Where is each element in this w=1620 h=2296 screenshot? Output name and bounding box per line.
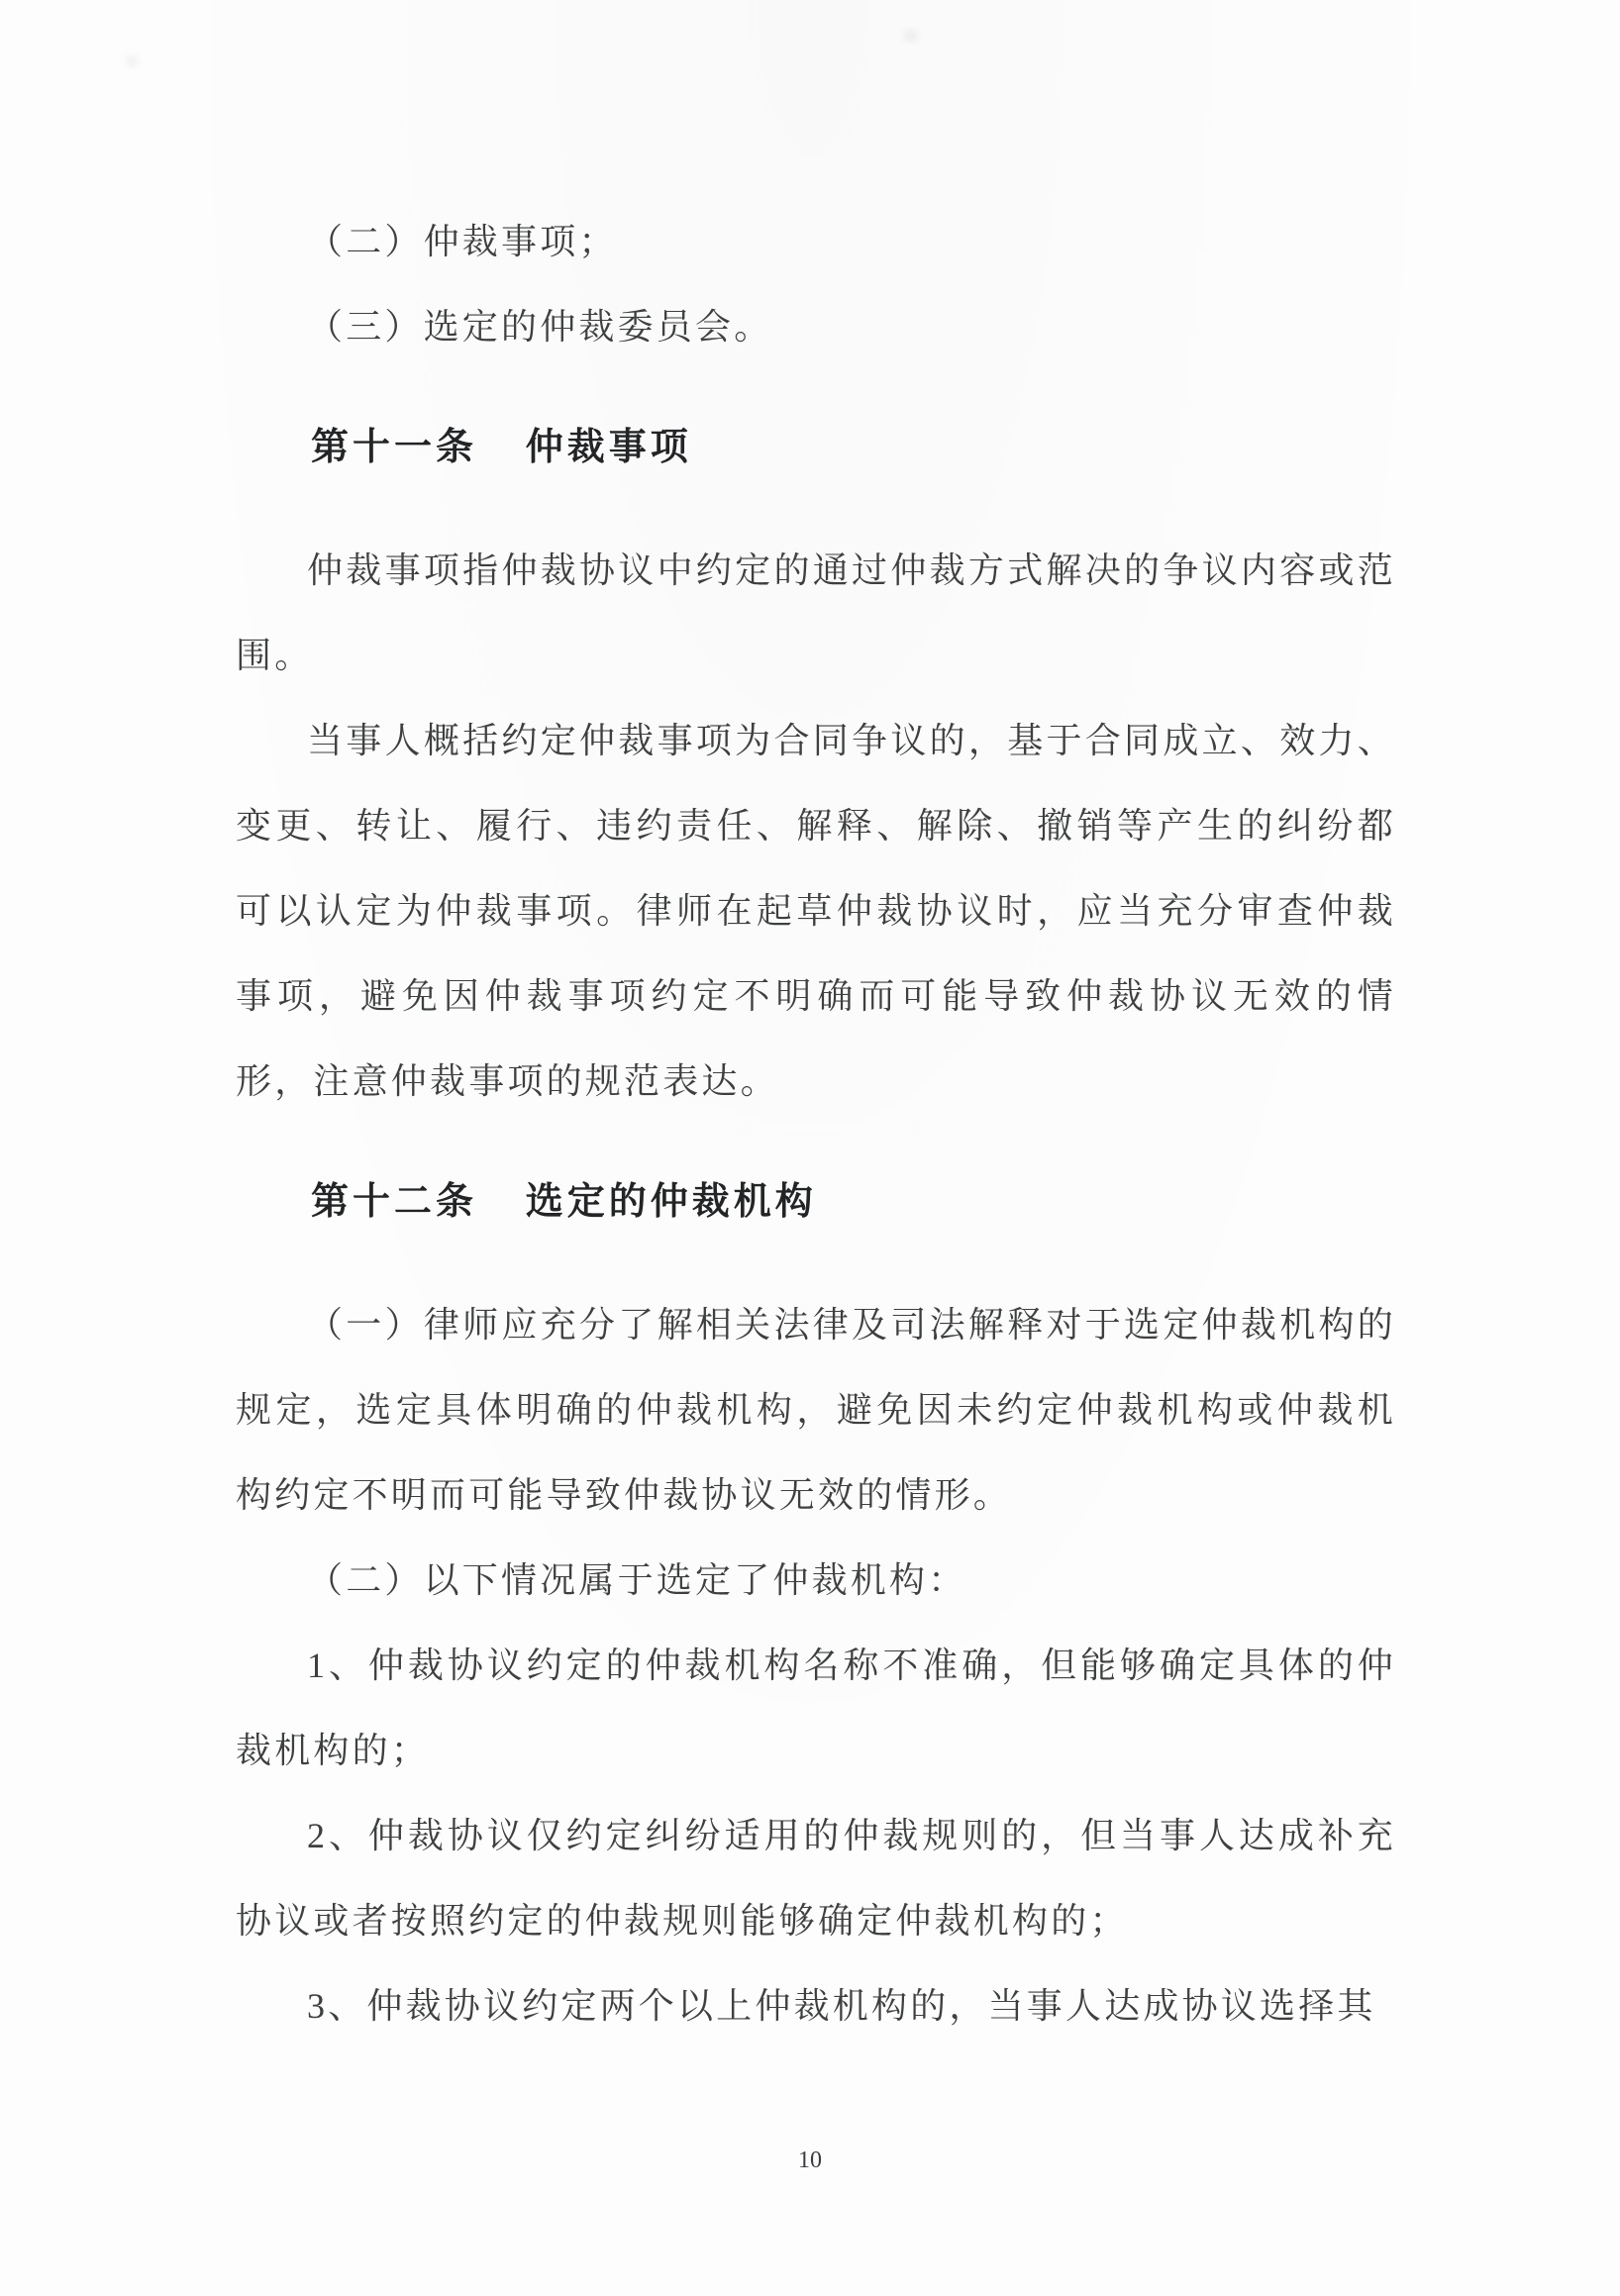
page-content: （二）仲裁事项； （三）选定的仲裁委员会。 第十一条 仲裁事项 仲裁事项指仲裁协… [0, 0, 1620, 2048]
article-12-heading: 第十二条 选定的仲裁机构 [236, 1159, 1396, 1245]
continuation-list-item-3: （三）选定的仲裁委员会。 [236, 284, 1396, 369]
article-12-paragraph-2: （二）以下情况属于选定了仲裁机构： [236, 1538, 1396, 1623]
article-11-paragraph-2: 当事人概括约定仲裁事项为合同争议的，基于合同成立、效力、变更、转让、履行、违约责… [236, 698, 1396, 1124]
article-11-title: 仲裁事项 [526, 427, 692, 468]
document-page: （二）仲裁事项； （三）选定的仲裁委员会。 第十一条 仲裁事项 仲裁事项指仲裁协… [0, 0, 1620, 2296]
article-12-paragraph-1: （一）律师应充分了解相关法律及司法解释对于选定仲裁机构的规定，选定具体明确的仲裁… [236, 1282, 1396, 1538]
scanned-document-screenshot: { "document": { "continuation_items": [ … [0, 0, 1620, 2296]
article-12-item-2: 2、仲裁协议仅约定纠纷适用的仲裁规则的，但当事人达成补充协议或者按照约定的仲裁规… [236, 1793, 1396, 1963]
article-11-paragraph-1: 仲裁事项指仲裁协议中约定的通过仲裁方式解决的争议内容或范围。 [236, 528, 1396, 698]
article-12-number: 第十二条 [311, 1181, 477, 1223]
article-11-heading: 第十一条 仲裁事项 [236, 405, 1396, 490]
article-12-title: 选定的仲裁机构 [526, 1181, 817, 1223]
continuation-list-item-2: （二）仲裁事项； [236, 199, 1396, 284]
article-11-number: 第十一条 [311, 427, 477, 468]
article-12-item-3: 3、仲裁协议约定两个以上仲裁机构的，当事人达成协议选择其 [236, 1963, 1396, 2048]
article-12-item-1: 1、仲裁协议约定的仲裁机构名称不准确，但能够确定具体的仲裁机构的； [236, 1623, 1396, 1793]
page-number: 10 [0, 2146, 1620, 2174]
